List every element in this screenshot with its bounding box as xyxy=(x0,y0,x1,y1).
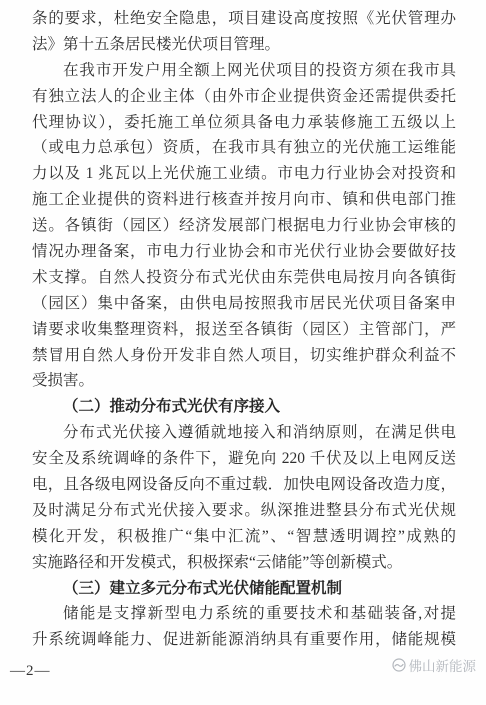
text-line: 在我市开发户用全额上网光伏项目的投资方须在我市具 xyxy=(32,58,456,84)
watermark-logo-icon xyxy=(392,658,406,672)
text-line: 法》第十五条居民楼光伏项目管理。 xyxy=(32,32,456,58)
text-line: 有独立法人的企业主体（由外市企业提供资金还需提供委托 xyxy=(32,84,456,110)
document-page: 条的要求，杜绝安全隐患，项目建设高度按照《光伏管理办法》第十五条居民楼光伏项目管… xyxy=(0,0,486,705)
text-line: （或电力总承包）资质，在我市具有独立的光伏施工运维能 xyxy=(32,135,456,161)
text-line: 及时满足分布式光伏接入要求。纵深推进整县分布式光伏规 xyxy=(32,498,456,524)
watermark: 佛山新能源 xyxy=(392,655,477,675)
text-line: 分布式光伏接入遵循就地接入和消纳原则，在满足供电 xyxy=(32,420,456,446)
text-line: 禁冒用自然人身份开发非自然人项目，切实维护群众利益不 xyxy=(32,343,456,369)
watermark-text: 佛山新能源 xyxy=(409,655,477,675)
text-line: （园区）集中备案，由供电局按照我市居民光伏项目备案申 xyxy=(32,291,456,317)
document-lines: 条的要求，杜绝安全隐患，项目建设高度按照《光伏管理办法》第十五条居民楼光伏项目管… xyxy=(32,6,456,653)
text-line: 力以及 1 兆瓦以上光伏施工业绩。市电力行业协会对投资和 xyxy=(32,161,456,187)
text-line: 请要求收集整理资料，报送至各镇街（园区）主管部门，严 xyxy=(32,317,456,343)
text-line: 受损害。 xyxy=(32,368,456,394)
text-line: 施工企业提供的资料进行核查并按月向市、镇和供电部门推 xyxy=(32,187,456,213)
text-line: 实施路径和开发模式，积极探索“云储能”等创新模式。 xyxy=(32,550,456,576)
text-line: 模化开发，积极推广“集中汇流”、“智慧透明调控”成熟的 xyxy=(32,524,456,550)
text-line: 情况办理备案，市电力行业协会和市光伏行业协会要做好技 xyxy=(32,239,456,265)
text-line: 条的要求，杜绝安全隐患，项目建设高度按照《光伏管理办 xyxy=(32,6,456,32)
text-line: 电，且各级电网设备反向不重过载．加快电网设备改造力度， xyxy=(32,472,456,498)
section-heading: （三）建立多元分布式光伏储能配置机制 xyxy=(32,576,456,602)
text-line: 术支撑。自然人投资分布式光伏由东莞供电局按月向各镇街 xyxy=(32,265,456,291)
text-line: 储能是支撑新型电力系统的重要技术和基础装备,对提 xyxy=(32,601,456,627)
text-line: 代理协议），委托施工单位须具备电力承装修施工五级以上 xyxy=(32,110,456,136)
section-heading: （二）推动分布式光伏有序接入 xyxy=(32,394,456,420)
page-number: —2— xyxy=(10,663,51,680)
text-line: 升系统调峰能力、促进新能源消纳具有重要作用，储能规模 xyxy=(32,627,456,653)
text-line: 送。各镇街（园区）经济发展部门根据电力行业协会审核的 xyxy=(32,213,456,239)
text-line: 安全及系统调峰的条件下，避免向 220 千伏及以上电网反送 xyxy=(32,446,456,472)
